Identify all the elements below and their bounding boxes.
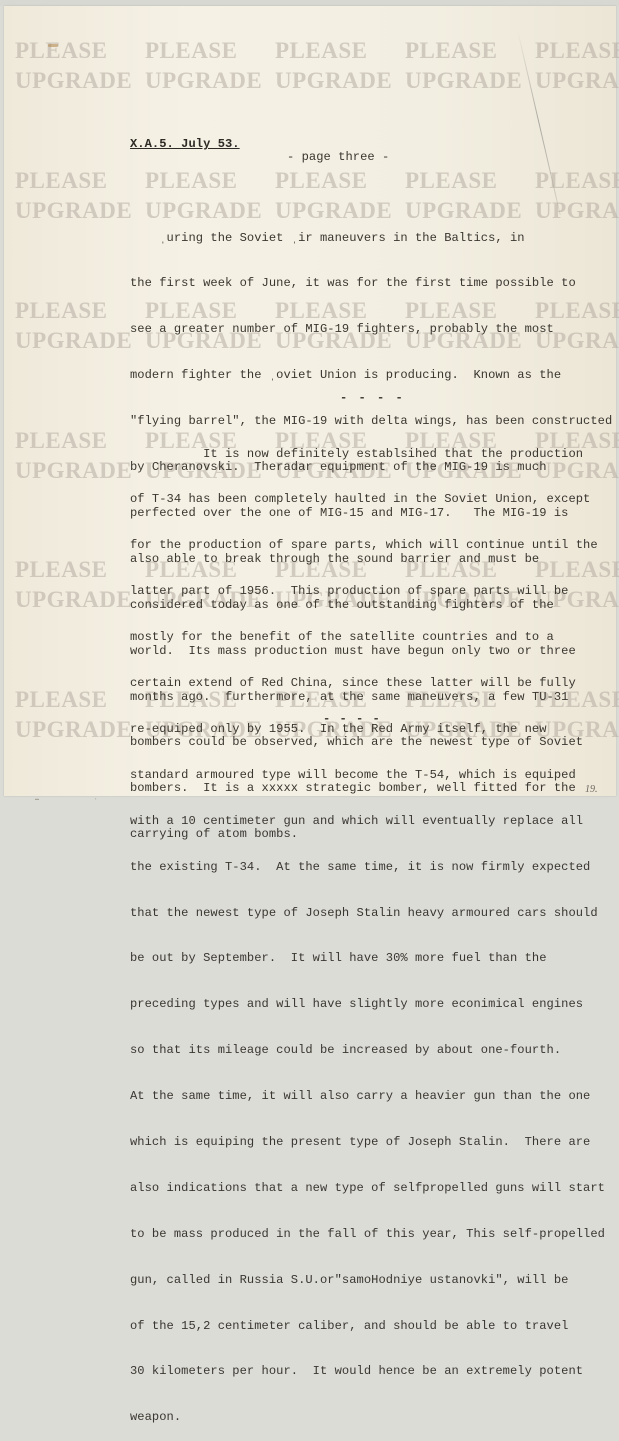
text-line: mostly for the benefit of the satellite … xyxy=(130,630,605,645)
folio-number: 19. xyxy=(585,784,598,795)
section-separator: - - - - xyxy=(340,391,405,405)
footer-print-mark: ▬ xyxy=(35,796,39,801)
text-line: see a greater number of MIG-19 fighters,… xyxy=(130,322,612,337)
text-line: modern fighter the ˌoviet Union is produ… xyxy=(130,368,612,383)
page-label: - page three - xyxy=(287,150,389,164)
text-line: ˌuring the Soviet ˌir maneuvers in the B… xyxy=(130,231,612,246)
paragraph-tanks: It is now definitely establsihed that th… xyxy=(130,416,605,804)
text-line: latter part of 1956. This production of … xyxy=(130,584,605,599)
footer-print-mark: ▪ xyxy=(95,796,96,801)
paper-stain xyxy=(48,44,58,47)
text-line: the first week of June, it was for the f… xyxy=(130,276,612,291)
text-line: standard armoured type will become the T… xyxy=(130,768,605,783)
text-line: for the production of spare parts, which… xyxy=(130,538,605,553)
text-line: of T-34 has been completely haulted in t… xyxy=(130,492,605,507)
document-reference: X.A.5. July 53. xyxy=(130,137,240,151)
text-line: certain extend of Red China, since these… xyxy=(130,676,605,691)
end-separator: - - - - xyxy=(323,712,381,726)
text-line: It is now definitely establsihed that th… xyxy=(130,447,605,462)
